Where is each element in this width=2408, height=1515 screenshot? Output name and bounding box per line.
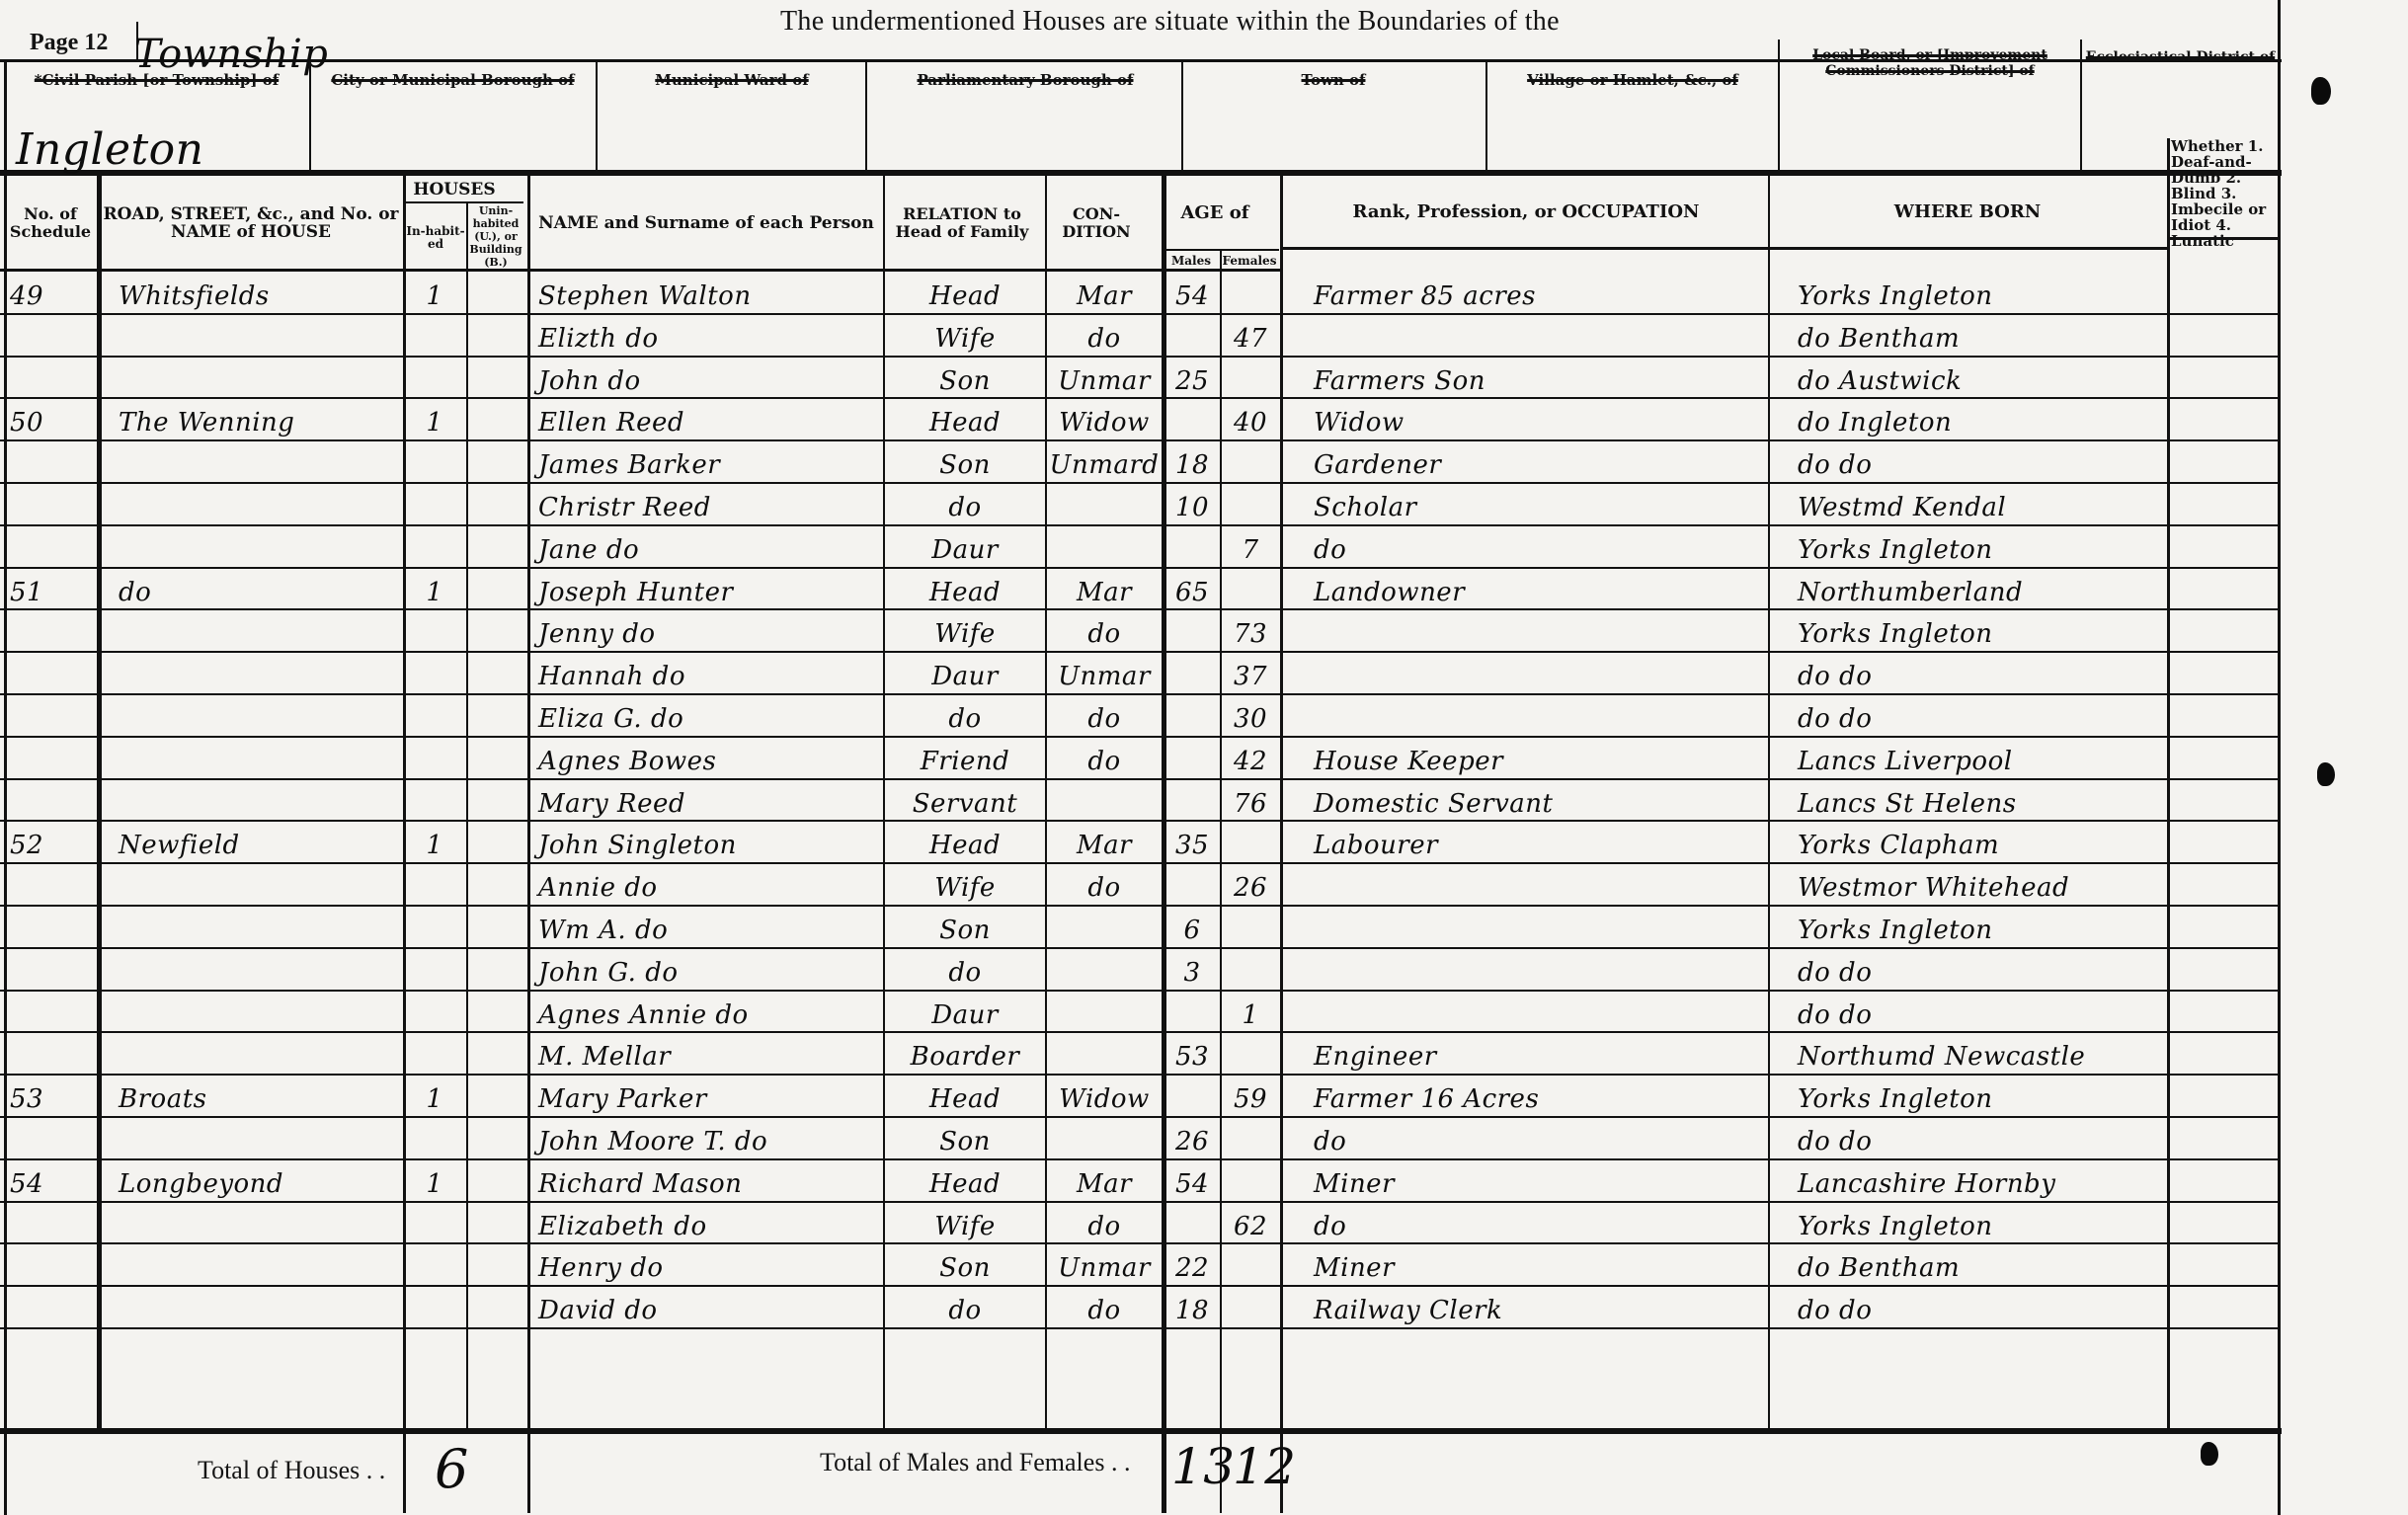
occupation: Domestic Servant	[1314, 778, 1766, 821]
inhabited-count	[405, 356, 464, 398]
relation: Wife	[887, 862, 1043, 905]
where-born: Yorks Ingleton	[1798, 905, 2165, 947]
total-persons-label: Total of Males and Females . .	[820, 1448, 1130, 1477]
house-name	[119, 356, 400, 398]
where-born: Yorks Ingleton	[1798, 1074, 2165, 1116]
house-name	[119, 439, 400, 482]
female-age: 59	[1223, 1074, 1278, 1116]
occupation: Miner	[1314, 1158, 1766, 1201]
house-name	[119, 524, 400, 567]
schedule-number: 50	[10, 397, 95, 439]
schedule-number	[10, 439, 95, 482]
condition	[1049, 482, 1160, 524]
divider	[1778, 40, 1780, 170]
relation: do	[887, 947, 1043, 990]
female-age	[1223, 1242, 1278, 1285]
boundary-parliamentary-borough: Parliamentary Borough of	[869, 61, 1181, 170]
person-name: John do	[538, 356, 882, 398]
total-females-value: 12	[1233, 1438, 1297, 1495]
condition: Widow	[1049, 1074, 1160, 1116]
inhabited-count	[405, 990, 464, 1032]
male-age	[1165, 990, 1219, 1032]
row-rule	[0, 1327, 2278, 1329]
where-born: Lancs Liverpool	[1798, 736, 2165, 778]
schedule-number	[10, 1242, 95, 1285]
table-row: 54Longbeyond1Richard MasonHeadMar54Miner…	[0, 1158, 2408, 1201]
female-age: 47	[1223, 313, 1278, 356]
relation: Wife	[887, 313, 1043, 356]
condition: do	[1049, 736, 1160, 778]
condition: do	[1049, 693, 1160, 736]
occupation: do	[1314, 1201, 1766, 1243]
female-age	[1223, 356, 1278, 398]
house-name	[119, 1116, 400, 1158]
occupation: do	[1314, 1116, 1766, 1158]
relation: Servant	[887, 778, 1043, 821]
where-born: Yorks Ingleton	[1798, 271, 2165, 313]
inhabited-count: 1	[405, 820, 464, 862]
schedule-number: 51	[10, 567, 95, 609]
occupation: Widow	[1314, 397, 1766, 439]
male-age	[1165, 397, 1219, 439]
schedule-number	[10, 651, 95, 693]
table-row: Elizth doWifedo47do Bentham	[0, 313, 2408, 356]
female-age: 1	[1223, 990, 1278, 1032]
house-name	[119, 905, 400, 947]
house-name: Longbeyond	[119, 1158, 400, 1201]
table-row: 53Broats1Mary ParkerHeadWidow59Farmer 16…	[0, 1074, 2408, 1116]
condition: do	[1049, 1285, 1160, 1327]
schedule-number	[10, 947, 95, 990]
where-born: do do	[1798, 1116, 2165, 1158]
relation: do	[887, 693, 1043, 736]
schedule-number	[10, 524, 95, 567]
person-name: Elizabeth do	[538, 1201, 882, 1243]
relation: Wife	[887, 608, 1043, 651]
where-born: Yorks Ingleton	[1798, 1201, 2165, 1243]
rule	[2169, 237, 2280, 240]
rule	[0, 170, 2282, 176]
female-age: 30	[1223, 693, 1278, 736]
male-age	[1165, 778, 1219, 821]
col-header-schedule: No. of Schedule	[6, 178, 95, 269]
condition: Mar	[1049, 567, 1160, 609]
person-name: Jane do	[538, 524, 882, 567]
female-age	[1223, 820, 1278, 862]
female-age: 40	[1223, 397, 1278, 439]
male-age	[1165, 608, 1219, 651]
where-born: do do	[1798, 947, 2165, 990]
boundary-label: Local Board, or [Improvement Commissione…	[1782, 47, 2078, 79]
inhabited-count	[405, 736, 464, 778]
col-header-occupation: Rank, Profession, or OCCUPATION	[1284, 178, 1768, 247]
occupation	[1314, 693, 1766, 736]
occupation: Landowner	[1314, 567, 1766, 609]
house-name	[119, 482, 400, 524]
female-age: 42	[1223, 736, 1278, 778]
person-name: Wm A. do	[538, 905, 882, 947]
female-age	[1223, 439, 1278, 482]
relation: Head	[887, 271, 1043, 313]
col-header-houses: HOUSES	[405, 178, 504, 201]
house-name: Broats	[119, 1074, 400, 1116]
inhabited-count	[405, 778, 464, 821]
person-name: Jenny do	[538, 608, 882, 651]
boundary-label: Municipal Ward of	[599, 71, 865, 89]
house-name	[119, 778, 400, 821]
female-age	[1223, 1031, 1278, 1074]
occupation	[1314, 947, 1766, 990]
inhabited-count	[405, 1031, 464, 1074]
table-row: Elizabeth doWifedo62doYorks Ingleton	[0, 1201, 2408, 1243]
where-born: Northumd Newcastle	[1798, 1031, 2165, 1074]
condition: Unmar	[1049, 356, 1160, 398]
divider	[1485, 59, 1487, 170]
condition: Unmard	[1049, 439, 1160, 482]
condition: do	[1049, 313, 1160, 356]
where-born: Yorks Ingleton	[1798, 524, 2165, 567]
boundary-municipal-borough: City or Municipal Borough of	[312, 61, 594, 170]
male-age: 26	[1165, 1116, 1219, 1158]
relation: Son	[887, 439, 1043, 482]
inhabited-count: 1	[405, 1158, 464, 1201]
male-age	[1165, 693, 1219, 736]
male-age: 6	[1165, 905, 1219, 947]
male-age	[1165, 651, 1219, 693]
schedule-number	[10, 1285, 95, 1327]
relation: Head	[887, 1158, 1043, 1201]
schedule-number	[10, 356, 95, 398]
col-header-relation: RELATION to Head of Family	[883, 178, 1041, 269]
house-name	[119, 1285, 400, 1327]
boundary-civil-parish: *Civil Parish [or Township] of Township …	[6, 61, 307, 170]
inhabited-count: 1	[405, 271, 464, 313]
schedule-number: 52	[10, 820, 95, 862]
relation: Son	[887, 905, 1043, 947]
house-name	[119, 1201, 400, 1243]
ink-blot	[2311, 77, 2331, 105]
house-name	[119, 313, 400, 356]
occupation: Labourer	[1314, 820, 1766, 862]
person-name: Henry do	[538, 1242, 882, 1285]
boundary-label: Parliamentary Borough of	[869, 71, 1181, 89]
house-name: Newfield	[119, 820, 400, 862]
person-name: Richard Mason	[538, 1158, 882, 1201]
table-row: Hannah doDaurUnmar37do do	[0, 651, 2408, 693]
where-born: do Ingleton	[1798, 397, 2165, 439]
house-name	[119, 693, 400, 736]
relation: Head	[887, 820, 1043, 862]
person-name: Agnes Annie do	[538, 990, 882, 1032]
person-name: John Singleton	[538, 820, 882, 862]
house-name: Whitsfields	[119, 271, 400, 313]
relation: Friend	[887, 736, 1043, 778]
male-age	[1165, 313, 1219, 356]
divider	[1181, 59, 1183, 170]
condition: Widow	[1049, 397, 1160, 439]
relation: Son	[887, 356, 1043, 398]
person-name: Eliza G. do	[538, 693, 882, 736]
schedule-number	[10, 693, 95, 736]
col-header-males: Males	[1164, 251, 1219, 271]
table-row: 50The Wenning1Ellen ReedHeadWidow40Widow…	[0, 397, 2408, 439]
schedule-number	[10, 1031, 95, 1074]
table-row: Christr Reeddo10ScholarWestmd Kendal	[0, 482, 2408, 524]
person-name: M. Mellar	[538, 1031, 882, 1074]
male-age: 3	[1165, 947, 1219, 990]
inhabited-count	[405, 1116, 464, 1158]
male-age: 18	[1165, 439, 1219, 482]
house-name	[119, 651, 400, 693]
table-row: James BarkerSonUnmard18Gardenerdo do	[0, 439, 2408, 482]
person-name: Annie do	[538, 862, 882, 905]
table-row: David dododo18Railway Clerkdo do	[0, 1285, 2408, 1327]
schedule-number	[10, 778, 95, 821]
person-name: Agnes Bowes	[538, 736, 882, 778]
female-age	[1223, 271, 1278, 313]
col-header-name: NAME and Surname of each Person	[533, 178, 879, 269]
male-age: 18	[1165, 1285, 1219, 1327]
house-name	[119, 990, 400, 1032]
occupation: Farmers Son	[1314, 356, 1766, 398]
boundary-town: Town of	[1185, 61, 1482, 170]
relation: Head	[887, 397, 1043, 439]
inhabited-count	[405, 1285, 464, 1327]
occupation	[1314, 990, 1766, 1032]
table-row: 52Newfield1John SingletonHeadMar35Labour…	[0, 820, 2408, 862]
divider	[2080, 40, 2082, 170]
person-name: Ellen Reed	[538, 397, 882, 439]
relation: Son	[887, 1116, 1043, 1158]
table-row: 51do1Joseph HunterHeadMar65LandownerNort…	[0, 567, 2408, 609]
col-header-females: Females	[1221, 251, 1278, 271]
table-row: Agnes Annie doDaur1do do	[0, 990, 2408, 1032]
inhabited-count	[405, 482, 464, 524]
boundary-local-board: Local Board, or [Improvement Commissione…	[1782, 38, 2078, 146]
house-name	[119, 947, 400, 990]
occupation	[1314, 862, 1766, 905]
boundary-municipal-ward: Municipal Ward of	[599, 61, 865, 170]
inhabited-count	[405, 693, 464, 736]
occupation: Farmer 85 acres	[1314, 271, 1766, 313]
boundary-village: Village or Hamlet, &c., of	[1489, 61, 1776, 170]
where-born: Westmd Kendal	[1798, 482, 2165, 524]
boundary-label: Village or Hamlet, &c., of	[1489, 71, 1776, 89]
col-header-condition: CON-DITION	[1047, 178, 1146, 269]
where-born: Lancs St Helens	[1798, 778, 2165, 821]
relation: do	[887, 1285, 1043, 1327]
where-born: Westmor Whitehead	[1798, 862, 2165, 905]
total-houses-value: 6	[435, 1438, 469, 1500]
schedule-number: 49	[10, 271, 95, 313]
total-males-value: 13	[1171, 1438, 1236, 1495]
condition: do	[1049, 1201, 1160, 1243]
table-row: Eliza G. dododo30do do	[0, 693, 2408, 736]
col-header-inhabited: In-habit-ed	[405, 207, 466, 269]
female-age	[1223, 567, 1278, 609]
female-age: 26	[1223, 862, 1278, 905]
condition	[1049, 1116, 1160, 1158]
schedule-number	[10, 862, 95, 905]
occupation	[1314, 651, 1766, 693]
person-name: Mary Reed	[538, 778, 882, 821]
table-row: Jane doDaur7doYorks Ingleton	[0, 524, 2408, 567]
male-age: 22	[1165, 1242, 1219, 1285]
condition	[1049, 1031, 1160, 1074]
schedule-number	[10, 1116, 95, 1158]
condition	[1049, 905, 1160, 947]
census-page: Page 12 The undermentioned Houses are si…	[0, 0, 2408, 1515]
occupation: Railway Clerk	[1314, 1285, 1766, 1327]
condition: Unmar	[1049, 651, 1160, 693]
person-name: John G. do	[538, 947, 882, 990]
where-born: do do	[1798, 990, 2165, 1032]
divider	[596, 61, 598, 170]
relation: Head	[887, 1074, 1043, 1116]
table-row: Jenny doWifedo73Yorks Ingleton	[0, 608, 2408, 651]
occupation: Gardener	[1314, 439, 1766, 482]
male-age	[1165, 524, 1219, 567]
female-age	[1223, 905, 1278, 947]
relation: Head	[887, 567, 1043, 609]
relation: Son	[887, 1242, 1043, 1285]
schedule-number	[10, 736, 95, 778]
condition: Mar	[1049, 1158, 1160, 1201]
female-age: 62	[1223, 1201, 1278, 1243]
male-age: 53	[1165, 1031, 1219, 1074]
occupation: Engineer	[1314, 1031, 1766, 1074]
relation: Daur	[887, 524, 1043, 567]
total-houses-label: Total of Houses . .	[198, 1456, 385, 1485]
where-born: Northumberland	[1798, 567, 2165, 609]
schedule-number	[10, 990, 95, 1032]
rule	[1280, 247, 2169, 250]
inhabited-count: 1	[405, 397, 464, 439]
female-age	[1223, 1158, 1278, 1201]
table-row: John G. dodo3do do	[0, 947, 2408, 990]
boundary-ecclesiastical: Ecclesiastical District of	[2084, 40, 2277, 148]
col-header-infirmity: Whether 1. Deaf-and-Dumb 2. Blind 3. Imb…	[2171, 148, 2276, 239]
condition: do	[1049, 608, 1160, 651]
house-name	[119, 608, 400, 651]
relation: Daur	[887, 651, 1043, 693]
male-age: 54	[1165, 271, 1219, 313]
person-name: Elizth do	[538, 313, 882, 356]
condition	[1049, 778, 1160, 821]
inhabited-count	[405, 313, 464, 356]
male-age: 10	[1165, 482, 1219, 524]
house-name	[119, 736, 400, 778]
page-number: Page 12	[30, 30, 108, 56]
where-born: Yorks Ingleton	[1798, 608, 2165, 651]
person-name: Hannah do	[538, 651, 882, 693]
condition	[1049, 990, 1160, 1032]
male-age	[1165, 1074, 1219, 1116]
occupation: House Keeper	[1314, 736, 1766, 778]
where-born: Yorks Clapham	[1798, 820, 2165, 862]
inhabited-count	[405, 524, 464, 567]
female-age: 7	[1223, 524, 1278, 567]
where-born: do do	[1798, 651, 2165, 693]
male-age	[1165, 736, 1219, 778]
male-age	[1165, 1201, 1219, 1243]
male-age	[1165, 862, 1219, 905]
boundary-label: City or Municipal Borough of	[312, 71, 594, 89]
occupation: Scholar	[1314, 482, 1766, 524]
relation: Boarder	[887, 1031, 1043, 1074]
relation: Daur	[887, 990, 1043, 1032]
inhabited-count	[405, 905, 464, 947]
col-header-age: AGE of	[1161, 180, 1269, 247]
condition: do	[1049, 862, 1160, 905]
female-age	[1223, 1116, 1278, 1158]
occupation: Farmer 16 Acres	[1314, 1074, 1766, 1116]
table-row: Wm A. doSon6Yorks Ingleton	[0, 905, 2408, 947]
female-age	[1223, 482, 1278, 524]
table-row: M. MellarBoarder53EngineerNorthumd Newca…	[0, 1031, 2408, 1074]
female-age	[1223, 1285, 1278, 1327]
ink-blot	[2201, 1442, 2218, 1466]
table-row: Henry doSonUnmar22Minerdo Bentham	[0, 1242, 2408, 1285]
male-age: 25	[1165, 356, 1219, 398]
divider	[309, 61, 311, 170]
occupation	[1314, 905, 1766, 947]
where-born: Lancashire Hornby	[1798, 1158, 2165, 1201]
table-row: John Moore T. doSon26dodo do	[0, 1116, 2408, 1158]
condition	[1049, 524, 1160, 567]
schedule-number: 53	[10, 1074, 95, 1116]
inhabited-count	[405, 862, 464, 905]
male-age: 54	[1165, 1158, 1219, 1201]
male-age: 35	[1165, 820, 1219, 862]
inhabited-count	[405, 439, 464, 482]
schedule-number	[10, 608, 95, 651]
page-title: The undermentioned Houses are situate wi…	[780, 6, 1560, 38]
where-born: do Bentham	[1798, 313, 2165, 356]
schedule-number	[10, 905, 95, 947]
col-header-road: ROAD, STREET, &c., and No. or NAME of HO…	[103, 178, 399, 269]
house-name	[119, 1031, 400, 1074]
schedule-number	[10, 482, 95, 524]
inhabited-count	[405, 608, 464, 651]
where-born: do do	[1798, 439, 2165, 482]
where-born: do Austwick	[1798, 356, 2165, 398]
person-name: Stephen Walton	[538, 271, 882, 313]
relation: do	[887, 482, 1043, 524]
table-row: Agnes BowesFrienddo42House KeeperLancs L…	[0, 736, 2408, 778]
where-born: do Bentham	[1798, 1242, 2165, 1285]
inhabited-count	[405, 1242, 464, 1285]
house-name: do	[119, 567, 400, 609]
male-age: 65	[1165, 567, 1219, 609]
relation: Wife	[887, 1201, 1043, 1243]
person-name: Mary Parker	[538, 1074, 882, 1116]
ink-blot	[2317, 762, 2335, 786]
where-born: do do	[1798, 693, 2165, 736]
rule	[0, 1428, 2282, 1434]
inhabited-count: 1	[405, 1074, 464, 1116]
female-age: 73	[1223, 608, 1278, 651]
female-age: 37	[1223, 651, 1278, 693]
boundary-handwritten-parish: Ingleton	[16, 124, 204, 175]
occupation: do	[1314, 524, 1766, 567]
boundary-label: Ecclesiastical District of	[2084, 49, 2277, 65]
inhabited-count	[405, 947, 464, 990]
person-name: Christr Reed	[538, 482, 882, 524]
inhabited-count	[405, 651, 464, 693]
person-name: Joseph Hunter	[538, 567, 882, 609]
boundary-handwritten-township: Township	[134, 32, 328, 77]
